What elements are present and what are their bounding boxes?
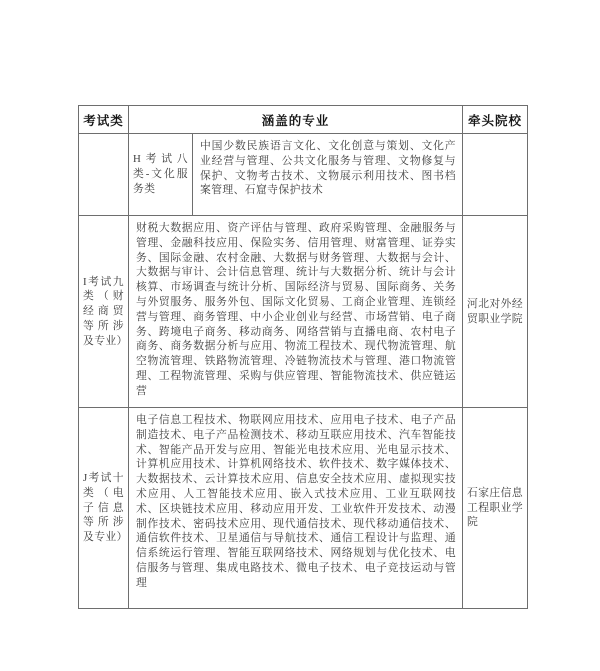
lead-school-cell: 河北对外经贸职业学院 — [463, 216, 528, 408]
exam-class-cell — [79, 134, 129, 216]
exam-class-cell: J考试十类（电子信息等所涉及专业） — [79, 408, 129, 609]
lead-school-cell — [463, 134, 528, 216]
table-row-class9: I考试九类（财经商贸等所涉及专业） 财税大数据应用、资产评估与管理、政府采购管理… — [79, 216, 528, 408]
majors-cell: 财税大数据应用、资产评估与管理、政府采购管理、金融服务与管理、金融科技应用、保险… — [129, 216, 463, 408]
header-row: 考试类 涵盖的专业 牵头院校 — [79, 106, 528, 134]
header-exam-class: 考试类 — [79, 106, 129, 134]
table-row-class8: H考试八类-文化服务类 中国少数民族语言文化、文化创意与策划、文化产业经营与管理… — [79, 134, 528, 216]
header-majors: 涵盖的专业 — [129, 106, 463, 134]
table-row-class10: J考试十类（电子信息等所涉及专业） 电子信息工程技术、物联网应用技术、应用电子技… — [79, 408, 528, 609]
exam-categories-table: 考试类 涵盖的专业 牵头院校 H考试八类-文化服务类 中国少数民族语言文化、文化… — [78, 105, 528, 609]
exam-subclass-cell: H考试八类-文化服务类 — [129, 134, 193, 216]
document-page: 考试类 涵盖的专业 牵头院校 H考试八类-文化服务类 中国少数民族语言文化、文化… — [0, 0, 600, 671]
lead-school-cell: 石家庄信息工程职业学院 — [463, 408, 528, 609]
header-lead-school: 牵头院校 — [463, 106, 528, 134]
majors-cell: 中国少数民族语言文化、文化创意与策划、文化产业经营与管理、公共文化服务与管理、文… — [193, 134, 463, 216]
exam-class-cell: I考试九类（财经商贸等所涉及专业） — [79, 216, 129, 408]
majors-cell: 电子信息工程技术、物联网应用技术、应用电子技术、电子产品制造技术、电子产品检测技… — [129, 408, 463, 609]
